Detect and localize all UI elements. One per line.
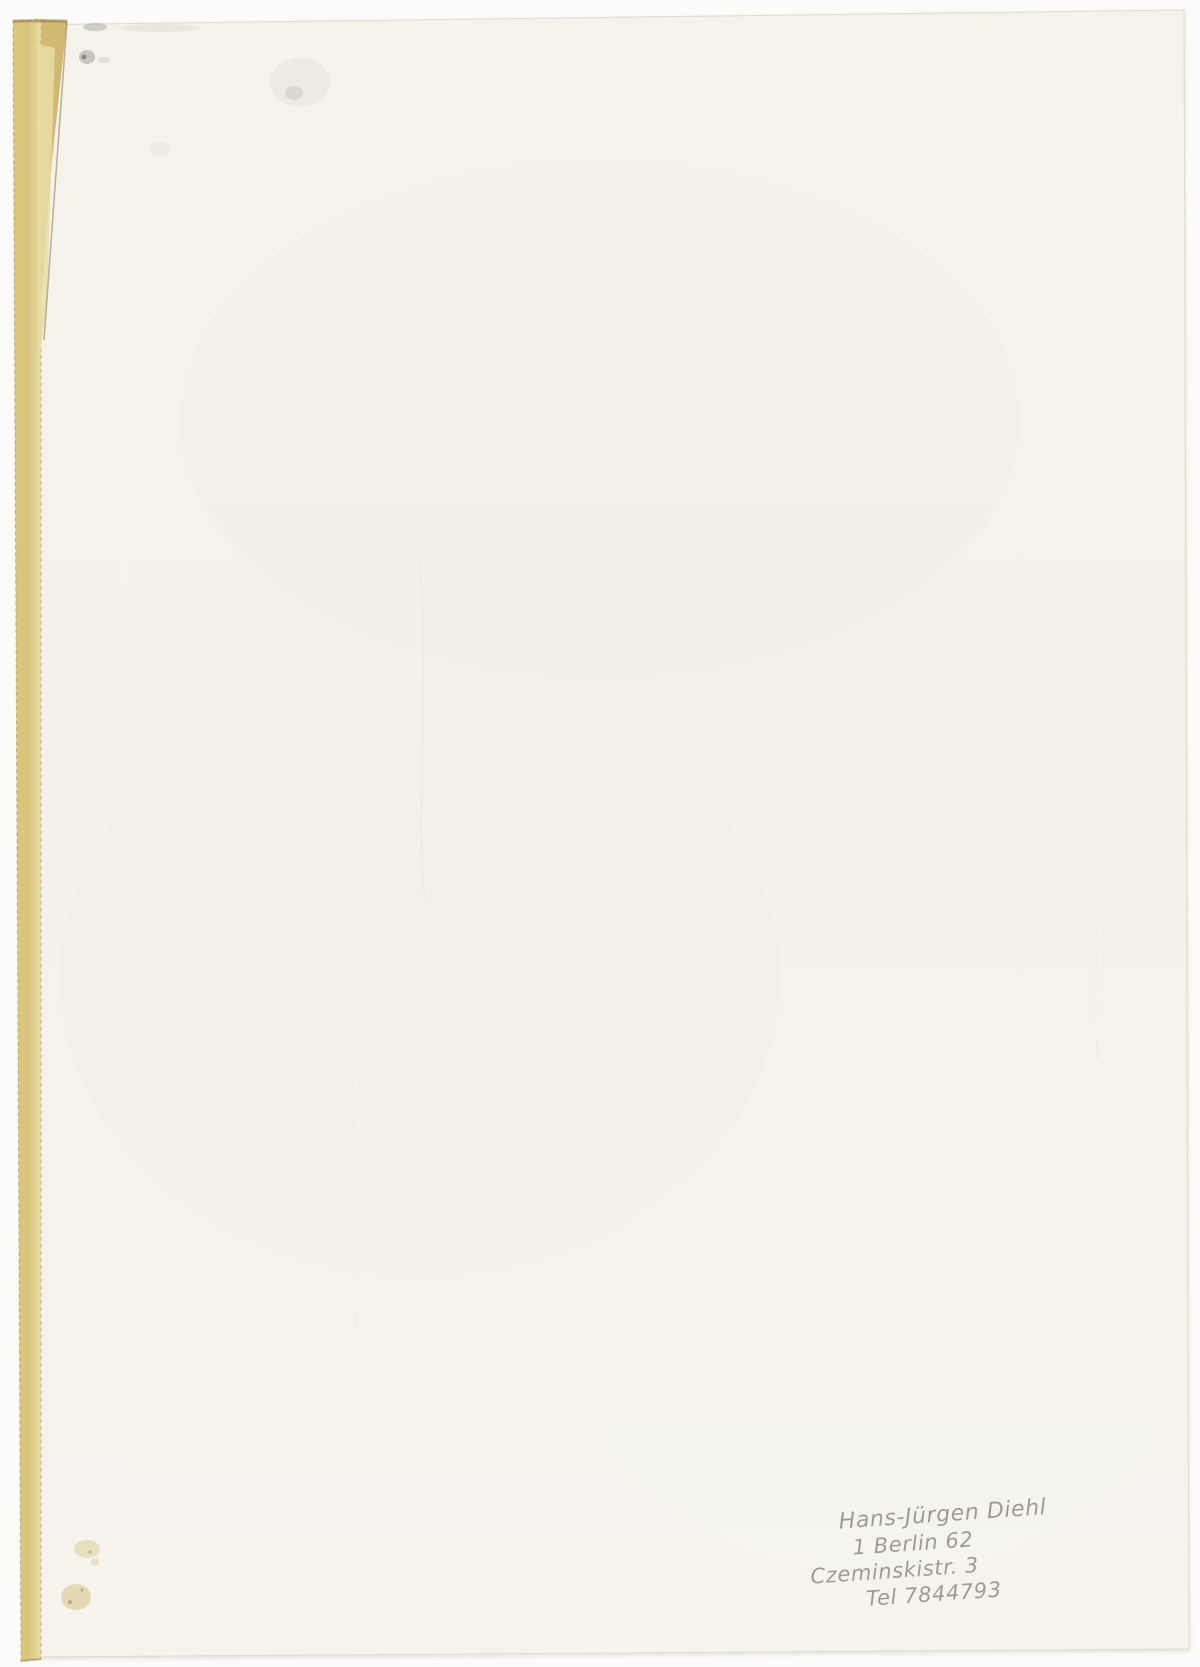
artwork-sheet-graphic — [0, 0, 1200, 1667]
handwritten-inscription: Hans-Jürgen Diehl 1 Berlin 62 Czeminskis… — [804, 1494, 1071, 1616]
photo-canvas: Hans-Jürgen Diehl 1 Berlin 62 Czeminskis… — [0, 0, 1200, 1667]
tape-strip — [13, 19, 41, 1661]
